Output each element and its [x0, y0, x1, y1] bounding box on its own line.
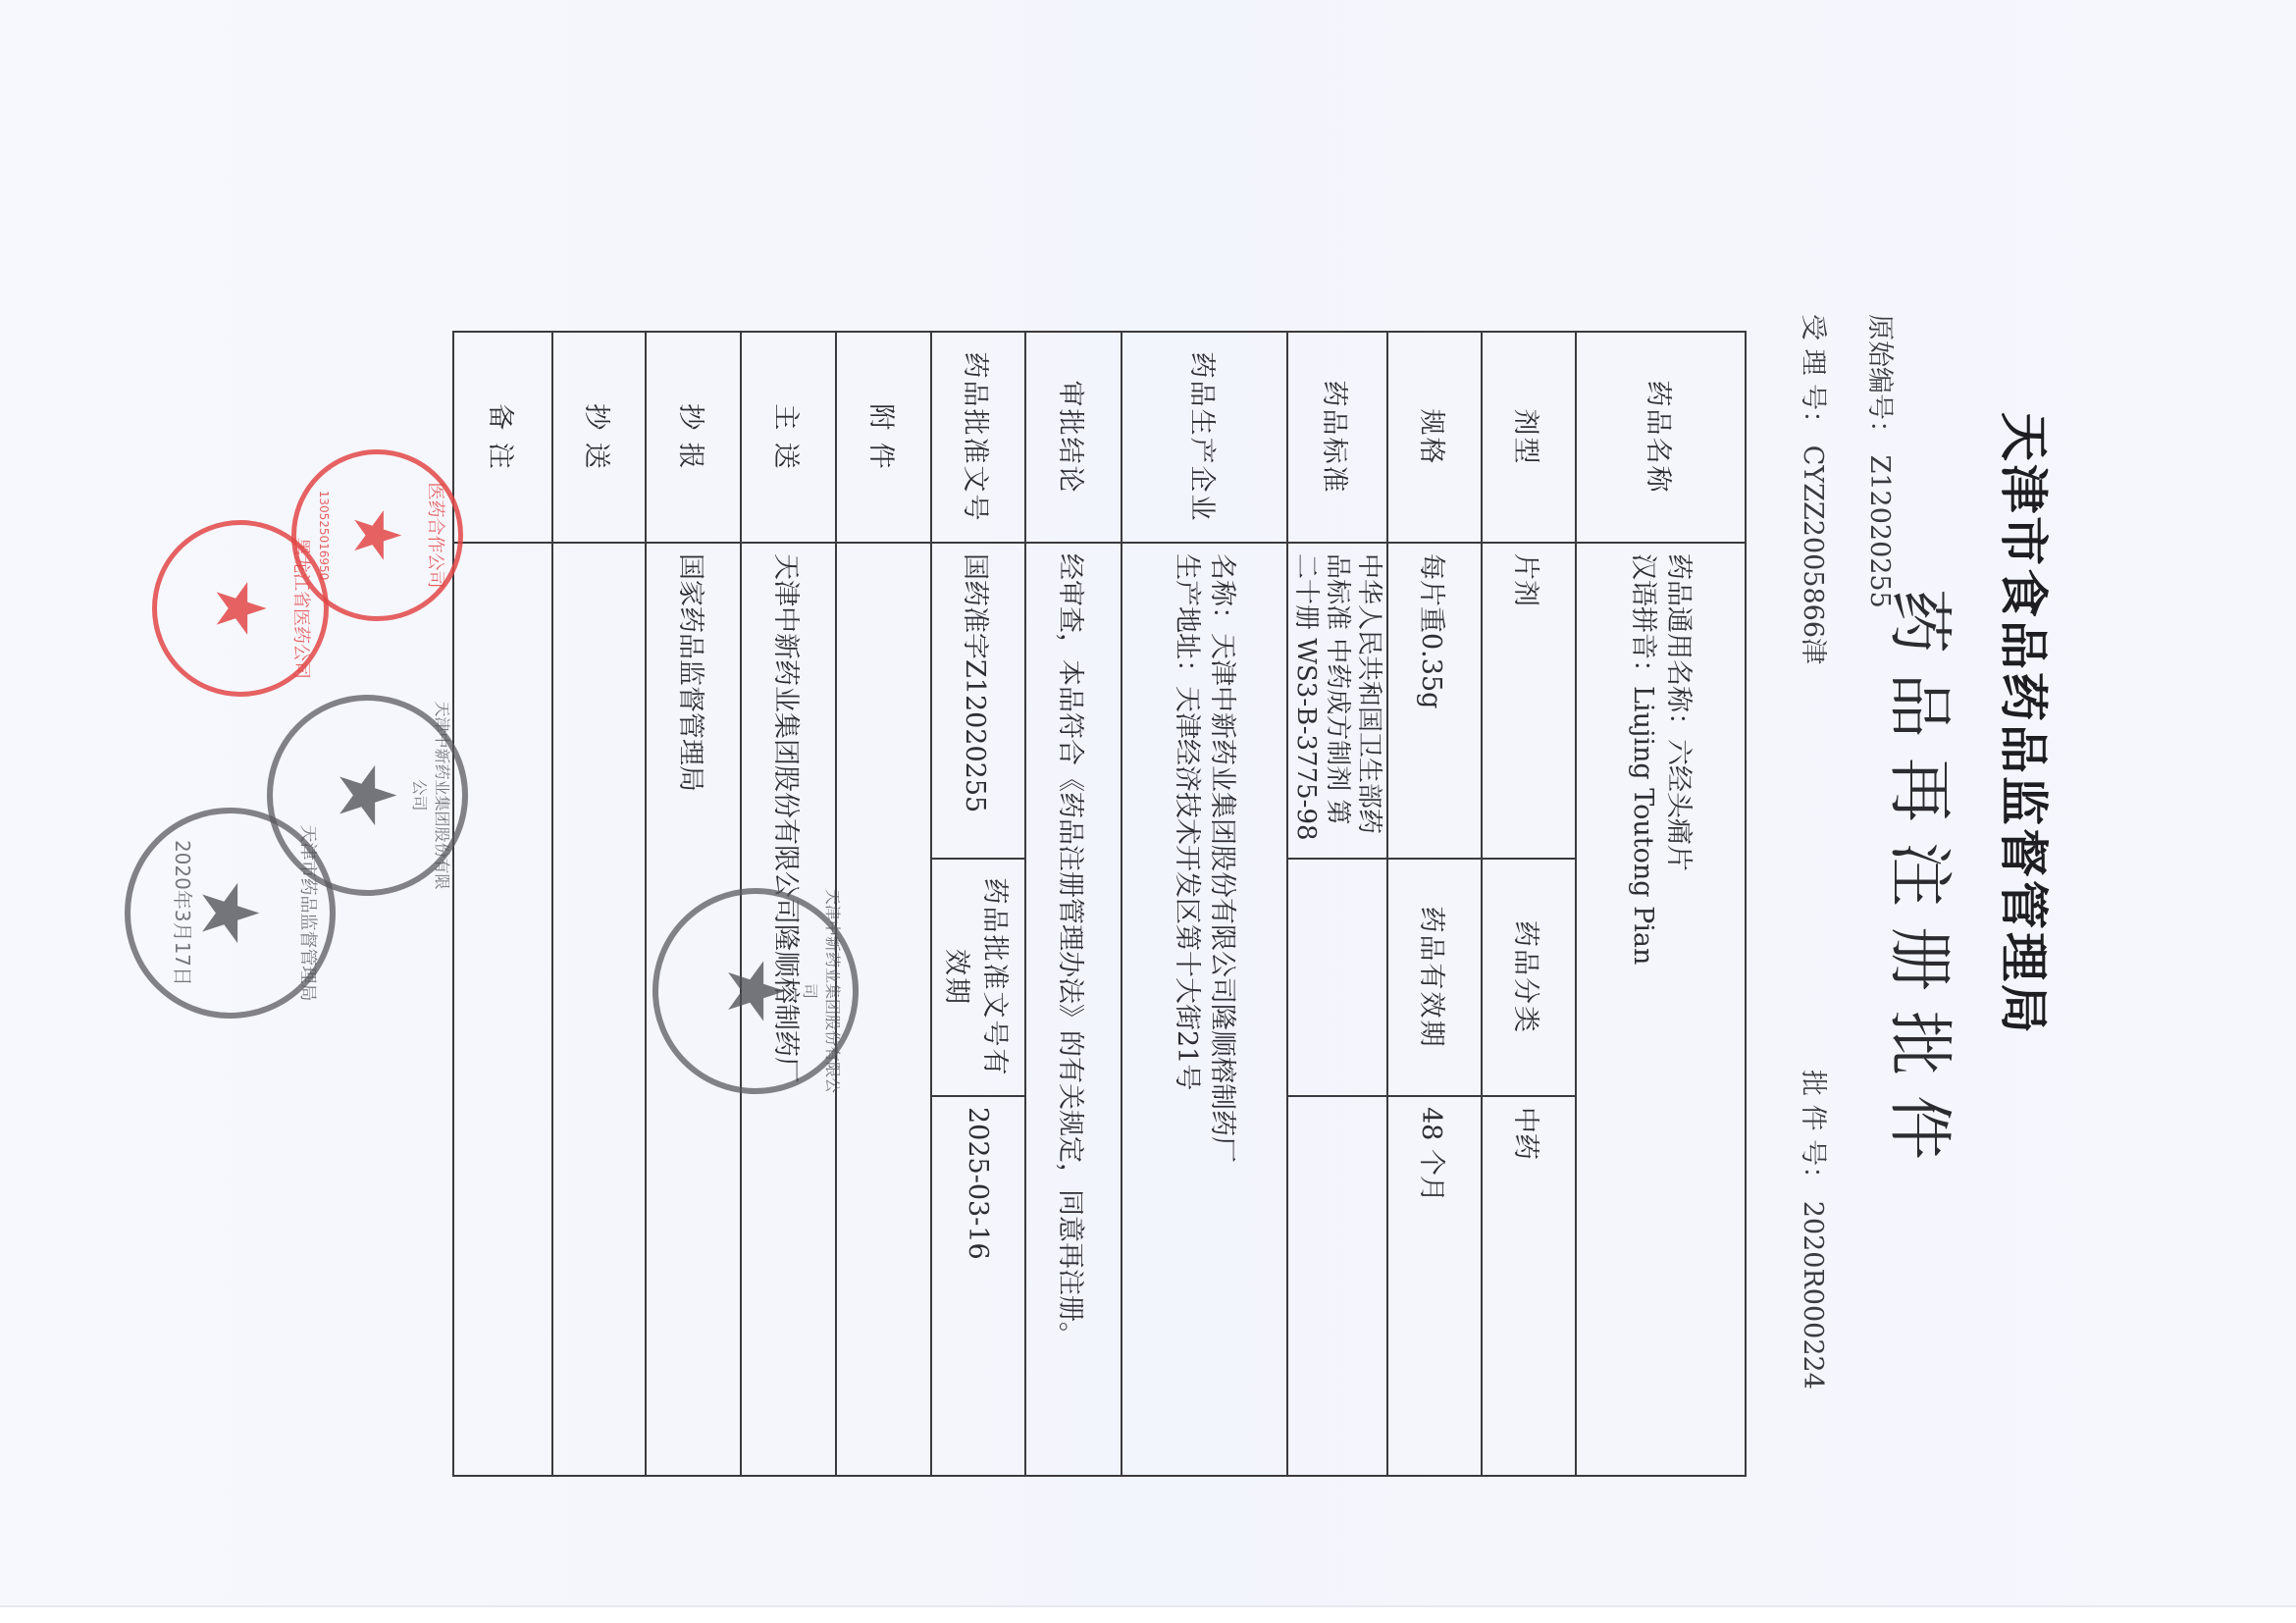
spec-label: 规格 — [1387, 332, 1482, 543]
cc-value — [552, 543, 646, 1476]
category-label: 药品分类 — [1482, 859, 1576, 1096]
standard-value: 中华人民共和国卫生部药品标准 中药成方制剂 第二十册 WS3-B-3775-98 — [1287, 543, 1387, 859]
manufacturer-name: 天津中新药业集团股份有限公司隆顺榕制药厂 — [1208, 633, 1238, 1163]
approval-doc-number: 批 件 号： 2020R000224 — [1797, 1070, 1835, 1389]
attachment-label: 附 件 — [836, 332, 931, 543]
table-row-spec: 规格 每片重0.35g 药品有效期 48 个月 — [1387, 332, 1482, 1476]
approval-doc-number-label: 批 件 号： — [1798, 1070, 1828, 1192]
table-row-manufacturer: 药品生产企业 名称：天津中新药业集团股份有限公司隆顺榕制药厂 生产地址：天津经济… — [1122, 332, 1287, 1476]
empty-cell — [1287, 1096, 1387, 1476]
stamp-date: 2020年3月17日 — [170, 808, 198, 1019]
drug-name-label: 药品名称 — [1576, 332, 1746, 543]
star-icon: ★ — [710, 956, 802, 1026]
stamp-code: 130525016950 — [317, 449, 331, 621]
dosage-form-value: 片剂 — [1482, 543, 1576, 859]
stamp-company-text: 天津中新药业集团股份有限公司 — [409, 695, 454, 896]
approval-number-value: 国药准字Z12020255 — [931, 543, 1025, 859]
table-row-drug-name: 药品名称 药品通用名称：六经头痛片 汉语拼音：Liujing Toutong P… — [1576, 332, 1746, 1476]
conclusion-value: 经审查，本品符合《药品注册管理办法》的有关规定，同意再注册。 — [1025, 543, 1122, 1476]
original-number-value: Z12020255 — [1864, 455, 1895, 608]
table-row-standard: 药品标准 中华人民共和国卫生部药品标准 中药成方制剂 第二十册 WS3-B-37… — [1287, 332, 1387, 1476]
acceptance-number-value: CYZZ2005866津 — [1798, 445, 1828, 664]
standard-label: 药品标准 — [1287, 332, 1387, 543]
company-approval-stamp: ★ 天津中新药业集团股份有限公司 — [652, 888, 859, 1094]
approval-validity-label: 药品批准文号有效期 — [931, 859, 1025, 1096]
approval-doc-number-value: 2020R000224 — [1798, 1201, 1828, 1389]
official-date-stamp: ★ 天津市药品监督管理局 2020年3月17日 — [125, 808, 336, 1019]
remarks-value — [453, 543, 552, 1476]
generic-name-label: 药品通用名称： — [1664, 553, 1695, 739]
table-row-attachment: 附 件 — [836, 332, 931, 1476]
star-icon: ★ — [339, 506, 415, 564]
stamp-company-text: 天津中新药业集团股份有限公司 — [800, 888, 845, 1094]
conclusion-label: 审批结论 — [1025, 332, 1122, 543]
table-row-remarks: 备 注 — [453, 332, 552, 1476]
cc-label: 抄 送 — [552, 332, 646, 543]
table-row-conclusion: 审批结论 经审查，本品符合《药品注册管理办法》的有关规定，同意再注册。 — [1025, 332, 1122, 1476]
manufacturer-address: 天津经济技术开发区第十大街21号 — [1173, 686, 1203, 1090]
category-value: 中药 — [1482, 1096, 1576, 1476]
acceptance-number: 受 理 号： CYZZ2005866津 — [1797, 314, 1835, 664]
drug-name-value: 药品通用名称：六经头痛片 汉语拼音：Liujing Toutong Pian — [1576, 543, 1746, 1476]
empty-cell — [1287, 859, 1387, 1096]
original-number: 原始编号： Z12020255 — [1863, 314, 1902, 608]
main-recipient-label: 主 送 — [741, 332, 836, 543]
manufacturer-label: 药品生产企业 — [1122, 332, 1287, 543]
stamp-text: 医药合作公司 — [424, 449, 449, 621]
document-title: 药品再注册批件 — [1879, 589, 1972, 1179]
dosage-form-label: 剂型 — [1482, 332, 1576, 543]
spec-value: 每片重0.35g — [1387, 543, 1482, 859]
stamp-official-text: 天津市药品监督管理局 — [296, 808, 322, 1019]
star-icon: ★ — [322, 760, 413, 831]
validity-value: 48 个月 — [1387, 1096, 1482, 1476]
report-to-label: 抄 报 — [646, 332, 741, 543]
star-icon: ★ — [200, 578, 281, 640]
manufacturer-address-label: 生产地址： — [1173, 553, 1203, 686]
red-stamp-cooperative: ★ 医药合作公司 130525016950 — [291, 449, 463, 621]
validity-label: 药品有效期 — [1387, 859, 1482, 1096]
remarks-label: 备 注 — [453, 332, 552, 543]
document-page: 天津市食品药品监督管理局 药品再注册批件 原始编号： Z12020255 受 理… — [0, 0, 2296, 1623]
pinyin: Liujing Toutong Pian — [1629, 686, 1659, 965]
original-number-label: 原始编号： — [1864, 314, 1895, 446]
acceptance-number-label: 受 理 号： — [1798, 314, 1828, 437]
manufacturer-name-label: 名称： — [1208, 553, 1238, 633]
approval-number-label: 药品批准文号 — [931, 332, 1025, 543]
generic-name: 六经头痛片 — [1664, 739, 1695, 871]
manufacturer-value: 名称：天津中新药业集团股份有限公司隆顺榕制药厂 生产地址：天津经济技术开发区第十… — [1122, 543, 1287, 1476]
table-row-approval-number: 药品批准文号 国药准字Z12020255 药品批准文号有效期 2025-03-1… — [931, 332, 1025, 1476]
table-row-dosage-form: 剂型 片剂 药品分类 中药 — [1482, 332, 1576, 1476]
issuer-title: 天津市食品药品监督管理局 — [1992, 412, 2062, 1036]
table-row-cc: 抄 送 — [552, 332, 646, 1476]
pinyin-label: 汉语拼音： — [1629, 553, 1659, 686]
approval-validity-value: 2025-03-16 — [931, 1096, 1025, 1476]
registration-table: 药品名称 药品通用名称：六经头痛片 汉语拼音：Liujing Toutong P… — [452, 331, 1747, 1477]
